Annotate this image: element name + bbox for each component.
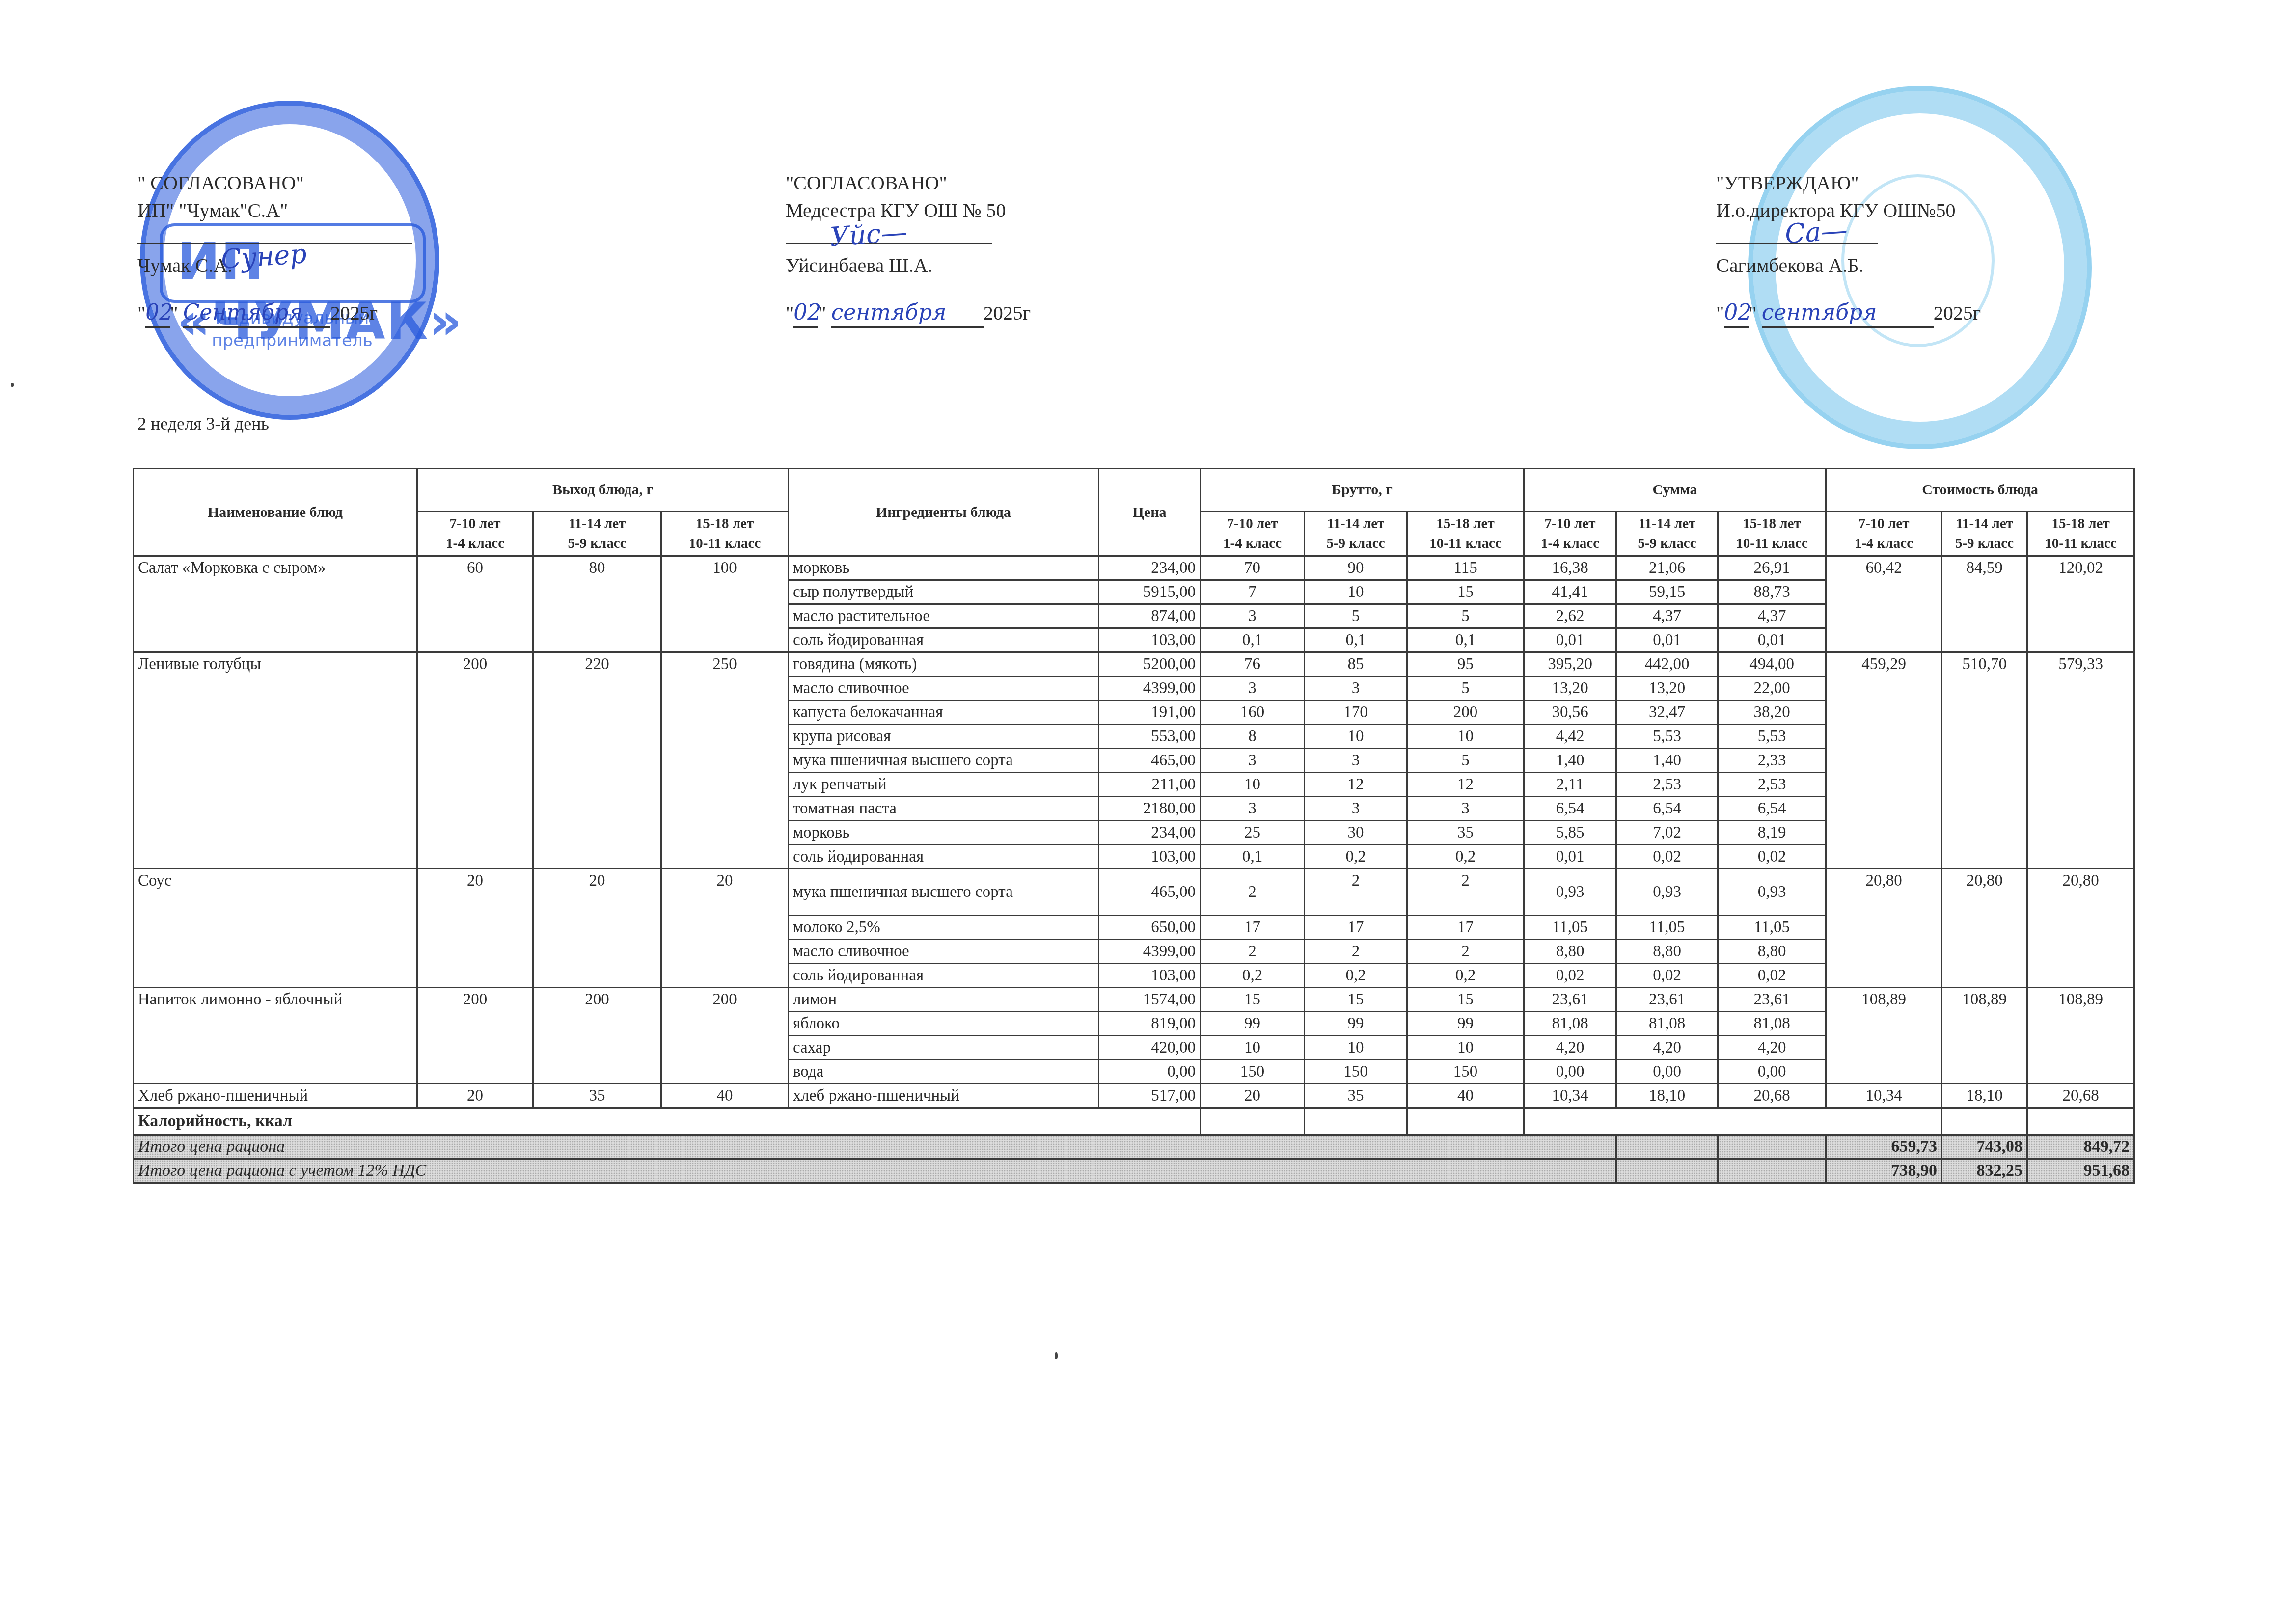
- signature: Уйс—: [829, 218, 908, 251]
- ingredient-price: 2180,00: [1099, 797, 1201, 821]
- ingredient-brutto: 2: [1407, 869, 1524, 916]
- ingredient-sum: 4,20: [1524, 1036, 1616, 1060]
- ingredient-brutto: 3: [1201, 676, 1305, 701]
- total-value: 849,72: [2027, 1135, 2134, 1159]
- ingredient-sum: 32,47: [1616, 701, 1718, 725]
- dish-cost: 108,89: [1826, 988, 1942, 1084]
- ingredient-price: 465,00: [1099, 749, 1201, 773]
- ingredient-sum: 0,01: [1616, 628, 1718, 652]
- dish-output: 200: [533, 988, 661, 1084]
- approval-org: Медсестра КГУ ОШ № 50: [786, 197, 1031, 224]
- ingredient-brutto: 17: [1305, 916, 1407, 940]
- dish-cost: 60,42: [1826, 556, 1942, 652]
- ingredient-sum: 0,02: [1524, 964, 1616, 988]
- ingredient-sum: 11,05: [1718, 916, 1826, 940]
- approval-block-director: "УТВЕРЖДАЮ" И.о.директора КГУ ОШ№50 Саги…: [1716, 169, 1981, 326]
- dish-output: 200: [417, 652, 533, 869]
- ingredient-sum: 8,19: [1718, 821, 1826, 845]
- ingredient-price: 103,00: [1099, 964, 1201, 988]
- ingredient-sum: 88,73: [1718, 580, 1826, 604]
- ingredient-price: 4399,00: [1099, 940, 1201, 964]
- ingredient-sum: 8,80: [1616, 940, 1718, 964]
- ingredient-brutto: 40: [1407, 1084, 1524, 1108]
- ingredient-name: соль йодированная: [789, 964, 1099, 988]
- ingredient-brutto: 17: [1407, 916, 1524, 940]
- dish-cost: 20,80: [1942, 869, 2027, 988]
- table-row: Напиток лимонно - яблочный200200200лимон…: [134, 988, 2134, 1012]
- table-row: Салат «Морковка с сыром»6080100морковь23…: [134, 556, 2134, 580]
- dish-output: 250: [661, 652, 789, 869]
- calories-value: [1201, 1108, 1305, 1135]
- ingredient-sum: 23,61: [1616, 988, 1718, 1012]
- scan-mark: [11, 383, 14, 387]
- ingredient-brutto: 2: [1305, 940, 1407, 964]
- approval-block-nurse: "СОГЛАСОВАНО" Медсестра КГУ ОШ № 50 Уйси…: [786, 169, 1031, 326]
- header-sum-age-2: 11-14 лет5-9 класс: [1616, 512, 1718, 556]
- ingredient-price: 5200,00: [1099, 652, 1201, 676]
- approval-title: " СОГЛАСОВАНО": [137, 169, 412, 197]
- ingredient-brutto: 150: [1305, 1060, 1407, 1084]
- ingredient-brutto: 12: [1305, 773, 1407, 797]
- ingredient-name: соль йодированная: [789, 845, 1099, 869]
- ingredient-brutto: 20: [1201, 1084, 1305, 1108]
- ingredient-price: 0,00: [1099, 1060, 1201, 1084]
- ingredient-sum: 13,20: [1524, 676, 1616, 701]
- header-price: Цена: [1099, 469, 1201, 556]
- dish-cost: 108,89: [2027, 988, 2134, 1084]
- ingredient-sum: 0,02: [1616, 964, 1718, 988]
- approval-block-supplier: " СОГЛАСОВАНО" ИП" "Чумак"С.А" Чумак С.А…: [137, 169, 412, 326]
- approval-org: ИП" "Чумак"С.А": [137, 197, 412, 224]
- ingredient-brutto: 2: [1305, 869, 1407, 916]
- ingredient-sum: 20,68: [1718, 1084, 1826, 1108]
- ingredient-brutto: 0,1: [1201, 845, 1305, 869]
- total-row: Итого цена рациона с учетом 12% НДС738,9…: [134, 1159, 2134, 1183]
- dish-output: 200: [417, 988, 533, 1084]
- header-cost-age-1: 7-10 лет1-4 класс: [1826, 512, 1942, 556]
- ingredient-sum: 2,33: [1718, 749, 1826, 773]
- menu-body: Салат «Морковка с сыром»6080100морковь23…: [134, 556, 2134, 1183]
- ingredient-brutto: 5: [1407, 604, 1524, 628]
- dish-cost: 20,68: [2027, 1084, 2134, 1108]
- dish-cost: 20,80: [2027, 869, 2134, 988]
- ingredient-brutto: 3: [1407, 797, 1524, 821]
- header-ingredients: Ингредиенты блюда: [789, 469, 1099, 556]
- approval-org: И.о.директора КГУ ОШ№50: [1716, 197, 1981, 224]
- ingredient-sum: 81,08: [1718, 1012, 1826, 1036]
- ingredient-brutto: 2: [1201, 869, 1305, 916]
- dish-output: 200: [661, 988, 789, 1084]
- ingredient-name: молоко 2,5%: [789, 916, 1099, 940]
- ingredient-brutto: 0,1: [1305, 628, 1407, 652]
- ingredient-sum: 0,00: [1718, 1060, 1826, 1084]
- ingredient-name: капуста белокачанная: [789, 701, 1099, 725]
- ingredient-sum: 2,11: [1524, 773, 1616, 797]
- header-brutto: Брутто, г: [1201, 469, 1524, 512]
- ingredient-sum: 11,05: [1524, 916, 1616, 940]
- dish-cost: 10,34: [1826, 1084, 1942, 1108]
- ingredient-brutto: 0,1: [1407, 628, 1524, 652]
- calories-label: Калорийность, ккал: [134, 1108, 1201, 1135]
- ingredient-sum: 1,40: [1524, 749, 1616, 773]
- ingredient-brutto: 5: [1305, 604, 1407, 628]
- ingredient-price: 517,00: [1099, 1084, 1201, 1108]
- ingredient-sum: 0,93: [1524, 869, 1616, 916]
- ingredient-name: соль йодированная: [789, 628, 1099, 652]
- ingredient-sum: 18,10: [1616, 1084, 1718, 1108]
- ingredient-brutto: 10: [1201, 1036, 1305, 1060]
- ingredient-brutto: 25: [1201, 821, 1305, 845]
- ingredient-price: 191,00: [1099, 701, 1201, 725]
- ingredient-brutto: 150: [1201, 1060, 1305, 1084]
- ingredient-name: морковь: [789, 556, 1099, 580]
- header-output-age-3: 15-18 лет10-11 класс: [661, 512, 789, 556]
- ingredient-brutto: 3: [1305, 797, 1407, 821]
- ingredient-brutto: 3: [1305, 749, 1407, 773]
- dish-output: 80: [533, 556, 661, 652]
- ingredient-brutto: 200: [1407, 701, 1524, 725]
- ingredient-sum: 2,62: [1524, 604, 1616, 628]
- scan-mark: [1055, 1352, 1058, 1359]
- ingredient-sum: 4,37: [1616, 604, 1718, 628]
- signature: Сунер: [220, 240, 307, 273]
- header-output-age-1: 7-10 лет1-4 класс: [417, 512, 533, 556]
- total-row: Итого цена рациона659,73743,08849,72: [134, 1135, 2134, 1159]
- dish-cost: 84,59: [1942, 556, 2027, 652]
- ingredient-sum: 2,53: [1718, 773, 1826, 797]
- ingredient-brutto: 85: [1305, 652, 1407, 676]
- ingredient-name: говядина (мякоть): [789, 652, 1099, 676]
- ingredient-name: масло сливочное: [789, 676, 1099, 701]
- calories-value: [1305, 1108, 1407, 1135]
- ingredient-brutto: 3: [1305, 676, 1407, 701]
- dish-output: 100: [661, 556, 789, 652]
- ingredient-sum: 0,00: [1524, 1060, 1616, 1084]
- week-day-label: 2 неделя 3-й день: [137, 413, 269, 434]
- approval-name: Сагимбекова А.Б.: [1716, 252, 1981, 279]
- ingredient-sum: 4,20: [1718, 1036, 1826, 1060]
- dish-name: Соус: [134, 869, 417, 988]
- ingredient-price: 553,00: [1099, 725, 1201, 749]
- ingredient-brutto: 3: [1201, 749, 1305, 773]
- ingredient-sum: 23,61: [1718, 988, 1826, 1012]
- total-value: 659,73: [1826, 1135, 1942, 1159]
- menu-table: Наименование блюд Выход блюда, г Ингреди…: [133, 468, 2135, 1184]
- ingredient-sum: 6,54: [1524, 797, 1616, 821]
- ingredient-sum: 1,40: [1616, 749, 1718, 773]
- ingredient-sum: 0,93: [1616, 869, 1718, 916]
- ingredient-brutto: 35: [1407, 821, 1524, 845]
- ingredient-brutto: 150: [1407, 1060, 1524, 1084]
- ingredient-brutto: 2: [1201, 940, 1305, 964]
- ingredient-brutto: 3: [1201, 604, 1305, 628]
- ingredient-sum: 5,85: [1524, 821, 1616, 845]
- dish-cost: 459,29: [1826, 652, 1942, 869]
- ingredient-name: крупа рисовая: [789, 725, 1099, 749]
- header-cost-age-3: 15-18 лет10-11 класс: [2027, 512, 2134, 556]
- ingredient-brutto: 10: [1201, 773, 1305, 797]
- ingredient-sum: 8,80: [1718, 940, 1826, 964]
- ingredient-sum: 11,05: [1616, 916, 1718, 940]
- ingredient-price: 234,00: [1099, 556, 1201, 580]
- calories-value: [2027, 1108, 2134, 1135]
- header-sum-age-1: 7-10 лет1-4 класс: [1524, 512, 1616, 556]
- ingredient-name: масло растительное: [789, 604, 1099, 628]
- dish-cost: 108,89: [1942, 988, 2027, 1084]
- header-sum: Сумма: [1524, 469, 1826, 512]
- ingredient-sum: 4,37: [1718, 604, 1826, 628]
- ingredient-brutto: 8: [1201, 725, 1305, 749]
- ingredient-brutto: 10: [1305, 725, 1407, 749]
- ingredient-brutto: 10: [1305, 580, 1407, 604]
- ingredient-name: лук репчатый: [789, 773, 1099, 797]
- dish-name: Напиток лимонно - яблочный: [134, 988, 417, 1084]
- dish-cost: 510,70: [1942, 652, 2027, 869]
- total-blank: [1616, 1159, 1718, 1183]
- ingredient-brutto: 115: [1407, 556, 1524, 580]
- ingredient-name: лимон: [789, 988, 1099, 1012]
- ingredient-price: 211,00: [1099, 773, 1201, 797]
- ingredient-sum: 6,54: [1616, 797, 1718, 821]
- ingredient-sum: 5,53: [1616, 725, 1718, 749]
- ingredient-sum: 395,20: [1524, 652, 1616, 676]
- ingredient-sum: 4,42: [1524, 725, 1616, 749]
- ingredient-sum: 0,01: [1718, 628, 1826, 652]
- approval-date: "02" Сентября2025г: [137, 299, 412, 326]
- ingredient-brutto: 0,2: [1407, 964, 1524, 988]
- table-row: Ленивые голубцы200220250говядина (мякоть…: [134, 652, 2134, 676]
- ingredient-name: мука пшеничная высшего сорта: [789, 869, 1099, 916]
- table-row: Соус202020мука пшеничная высшего сорта46…: [134, 869, 2134, 916]
- signature: Са—: [1784, 216, 1848, 248]
- ingredient-brutto: 2: [1407, 940, 1524, 964]
- ingredient-name: вода: [789, 1060, 1099, 1084]
- ingredient-name: томатная паста: [789, 797, 1099, 821]
- ingredient-brutto: 10: [1407, 1036, 1524, 1060]
- ingredient-sum: 7,02: [1616, 821, 1718, 845]
- ingredient-sum: 6,54: [1718, 797, 1826, 821]
- ingredient-price: 103,00: [1099, 628, 1201, 652]
- dish-output: 220: [533, 652, 661, 869]
- ingredient-sum: 38,20: [1718, 701, 1826, 725]
- dish-name: Салат «Морковка с сыром»: [134, 556, 417, 652]
- ingredient-sum: 494,00: [1718, 652, 1826, 676]
- dish-output: 20: [417, 869, 533, 988]
- ingredient-brutto: 5: [1407, 676, 1524, 701]
- dish-cost: 20,80: [1826, 869, 1942, 988]
- ingredient-sum: 81,08: [1616, 1012, 1718, 1036]
- ingredient-brutto: 15: [1201, 988, 1305, 1012]
- ingredient-sum: 22,00: [1718, 676, 1826, 701]
- ingredient-brutto: 10: [1407, 725, 1524, 749]
- ingredient-sum: 30,56: [1524, 701, 1616, 725]
- header-brutto-age-3: 15-18 лет10-11 класс: [1407, 512, 1524, 556]
- ingredient-sum: 0,02: [1616, 845, 1718, 869]
- ingredient-brutto: 99: [1305, 1012, 1407, 1036]
- ingredient-brutto: 0,2: [1305, 964, 1407, 988]
- dish-name: Ленивые голубцы: [134, 652, 417, 869]
- ingredient-brutto: 0,2: [1407, 845, 1524, 869]
- ingredient-sum: 26,91: [1718, 556, 1826, 580]
- ingredient-brutto: 160: [1201, 701, 1305, 725]
- ingredient-price: 4399,00: [1099, 676, 1201, 701]
- dish-output: 40: [661, 1084, 789, 1108]
- ingredient-sum: 5,53: [1718, 725, 1826, 749]
- ingredient-sum: 0,01: [1524, 845, 1616, 869]
- header-cost-age-2: 11-14 лет5-9 класс: [1942, 512, 2027, 556]
- ingredient-brutto: 0,2: [1305, 845, 1407, 869]
- ingredient-sum: 0,02: [1718, 964, 1826, 988]
- header-output-age-2: 11-14 лет5-9 класс: [533, 512, 661, 556]
- ingredient-brutto: 15: [1407, 988, 1524, 1012]
- ingredient-sum: 21,06: [1616, 556, 1718, 580]
- total-label: Итого цена рациона: [134, 1135, 1616, 1159]
- table-row: Хлеб ржано-пшеничный203540хлеб ржано-пше…: [134, 1084, 2134, 1108]
- ingredient-sum: 13,20: [1616, 676, 1718, 701]
- ingredient-brutto: 70: [1201, 556, 1305, 580]
- ingredient-brutto: 15: [1407, 580, 1524, 604]
- ingredient-sum: 2,53: [1616, 773, 1718, 797]
- total-blank: [1616, 1135, 1718, 1159]
- ingredient-price: 465,00: [1099, 869, 1201, 916]
- ingredient-price: 650,00: [1099, 916, 1201, 940]
- ingredient-name: масло сливочное: [789, 940, 1099, 964]
- total-value: 832,25: [1942, 1159, 2027, 1183]
- ingredient-brutto: 30: [1305, 821, 1407, 845]
- ingredient-sum: 0,93: [1718, 869, 1826, 916]
- ingredient-brutto: 95: [1407, 652, 1524, 676]
- ingredient-name: морковь: [789, 821, 1099, 845]
- ingredient-sum: 16,38: [1524, 556, 1616, 580]
- approval-date: "02" сентября2025г: [1716, 299, 1981, 326]
- calories-value: [1942, 1108, 2027, 1135]
- ingredient-brutto: 0,1: [1201, 628, 1305, 652]
- dish-output: 20: [417, 1084, 533, 1108]
- total-value: 738,90: [1826, 1159, 1942, 1183]
- total-value: 743,08: [1942, 1135, 2027, 1159]
- approval-title: "СОГЛАСОВАНО": [786, 169, 1031, 197]
- ingredient-sum: 59,15: [1616, 580, 1718, 604]
- total-value: 951,68: [2027, 1159, 2134, 1183]
- ingredient-brutto: 15: [1305, 988, 1407, 1012]
- ingredient-name: хлеб ржано-пшеничный: [789, 1084, 1099, 1108]
- ingredient-sum: 0,00: [1616, 1060, 1718, 1084]
- header-dish-cost: Стоимость блюда: [1826, 469, 2134, 512]
- ingredient-sum: 0,01: [1524, 628, 1616, 652]
- dish-output: 60: [417, 556, 533, 652]
- ingredient-sum: 8,80: [1524, 940, 1616, 964]
- ingredient-brutto: 3: [1201, 797, 1305, 821]
- header-brutto-age-2: 11-14 лет5-9 класс: [1305, 512, 1407, 556]
- ingredient-sum: 442,00: [1616, 652, 1718, 676]
- ingredient-brutto: 10: [1305, 1036, 1407, 1060]
- ingredient-sum: 4,20: [1616, 1036, 1718, 1060]
- dish-cost: 579,33: [2027, 652, 2134, 869]
- ingredient-price: 5915,00: [1099, 580, 1201, 604]
- header-brutto-age-1: 7-10 лет1-4 класс: [1201, 512, 1305, 556]
- ingredient-brutto: 99: [1407, 1012, 1524, 1036]
- ingredient-sum: 0,02: [1718, 845, 1826, 869]
- ingredient-brutto: 5: [1407, 749, 1524, 773]
- ingredient-brutto: 0,2: [1201, 964, 1305, 988]
- ingredient-price: 234,00: [1099, 821, 1201, 845]
- calories-row: Калорийность, ккал: [134, 1108, 2134, 1135]
- header-dish-name: Наименование блюд: [134, 469, 417, 556]
- ingredient-sum: 10,34: [1524, 1084, 1616, 1108]
- approval-name: Уйсинбаева Ш.А.: [786, 252, 1031, 279]
- dish-cost: 120,02: [2027, 556, 2134, 652]
- dish-output: 20: [661, 869, 789, 988]
- total-blank: [1718, 1159, 1826, 1183]
- ingredient-price: 874,00: [1099, 604, 1201, 628]
- calories-value: [1407, 1108, 1524, 1135]
- ingredient-sum: 41,41: [1524, 580, 1616, 604]
- ingredient-brutto: 35: [1305, 1084, 1407, 1108]
- dish-output: 35: [533, 1084, 661, 1108]
- ingredient-sum: 81,08: [1524, 1012, 1616, 1036]
- approval-title: "УТВЕРЖДАЮ": [1716, 169, 1981, 197]
- total-blank: [1718, 1135, 1826, 1159]
- ingredient-brutto: 17: [1201, 916, 1305, 940]
- ingredient-brutto: 12: [1407, 773, 1524, 797]
- ingredient-brutto: 90: [1305, 556, 1407, 580]
- ingredient-brutto: 170: [1305, 701, 1407, 725]
- ingredient-brutto: 76: [1201, 652, 1305, 676]
- dish-cost: 18,10: [1942, 1084, 2027, 1108]
- dish-output: 20: [533, 869, 661, 988]
- total-label: Итого цена рациона с учетом 12% НДС: [134, 1159, 1616, 1183]
- approval-date: "02" сентября2025г: [786, 299, 1031, 326]
- ingredient-price: 1574,00: [1099, 988, 1201, 1012]
- ingredient-name: яблоко: [789, 1012, 1099, 1036]
- ingredient-price: 103,00: [1099, 845, 1201, 869]
- ingredient-brutto: 7: [1201, 580, 1305, 604]
- ingredient-price: 819,00: [1099, 1012, 1201, 1036]
- header-sum-age-3: 15-18 лет10-11 класс: [1718, 512, 1826, 556]
- ingredient-price: 420,00: [1099, 1036, 1201, 1060]
- ingredient-name: сыр полутвердый: [789, 580, 1099, 604]
- ingredient-name: сахар: [789, 1036, 1099, 1060]
- calories-value: [1524, 1108, 1942, 1135]
- ingredient-sum: 23,61: [1524, 988, 1616, 1012]
- ingredient-brutto: 99: [1201, 1012, 1305, 1036]
- header-output: Выход блюда, г: [417, 469, 789, 512]
- dish-name: Хлеб ржано-пшеничный: [134, 1084, 417, 1108]
- ingredient-name: мука пшеничная высшего сорта: [789, 749, 1099, 773]
